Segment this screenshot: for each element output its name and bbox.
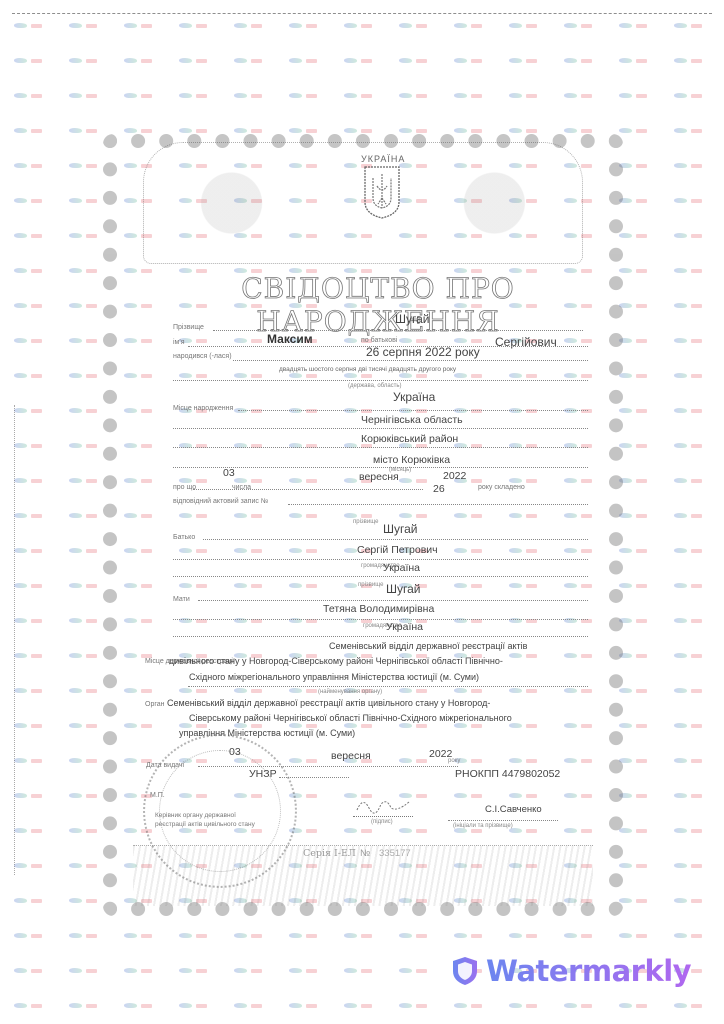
issue-month: вересня (331, 750, 371, 762)
place-district: Корюківський район (361, 433, 458, 445)
rnokpp: РНОКПП 4479802052 (455, 768, 560, 780)
father-citizenship: Україна (383, 562, 420, 574)
watermark-brand-text: Watermarkly (486, 954, 691, 988)
scan-left-edge (14, 405, 16, 875)
mother-citizenship: Україна (386, 621, 423, 633)
document-title: СВІДОЦТВО ПРО НАРОДЖЕННЯ (198, 272, 558, 338)
series-label: Серія I-ЕЛ (303, 848, 356, 859)
label-place: Місце народження (173, 405, 233, 412)
serial-number: 335177 (379, 848, 411, 859)
issue-day: 03 (229, 746, 241, 758)
underline (173, 447, 588, 448)
signature (353, 792, 413, 817)
stamp-text: М.П. (150, 792, 165, 799)
underline (198, 600, 588, 601)
underline (173, 576, 588, 577)
father-full-name: Сергій Петрович (357, 544, 438, 556)
label-father: Батько (173, 534, 195, 541)
shield-icon (452, 956, 478, 986)
place-country: Україна (393, 390, 435, 404)
caption-month: (місяць) (389, 467, 411, 473)
number-label: № (360, 848, 370, 859)
mother-surname: Шугай (386, 582, 421, 596)
underline (173, 619, 588, 620)
caption-mother-surname: прізвище (358, 582, 383, 588)
official-name: С.І.Савченко (485, 804, 542, 815)
coat-of-arms-icon (362, 164, 402, 220)
caption-signature: (підпис) (371, 819, 393, 825)
mother-full-name: Тетяна Володимирівна (323, 603, 434, 615)
underline (288, 504, 588, 505)
country-header: УКРАЇНА (361, 154, 405, 164)
record-day: 03 (223, 467, 235, 479)
record-year: 2022 (443, 470, 466, 482)
registration-place-line3: Східного міжрегіонального управління Мін… (189, 672, 479, 682)
registration-place-line2: цивільного стану у Новгород-Сіверському … (169, 656, 503, 666)
underline (193, 489, 423, 490)
place-city: місто Корюківка (373, 454, 450, 466)
scan-top-edge (12, 13, 712, 16)
underline (173, 636, 588, 637)
label-issue-date: Дата видачі (146, 762, 184, 769)
underline (188, 686, 588, 687)
underline (448, 820, 558, 821)
label-patronymic: по батькові (361, 337, 397, 344)
underline (173, 428, 588, 429)
underline (198, 766, 458, 767)
underline (173, 559, 588, 560)
registration-place-line1: Семенівський відділ державної реєстрації… (329, 641, 527, 651)
official-stamp (143, 734, 297, 888)
label-year: року складено (478, 484, 525, 491)
caption-registration: (найменування органу) (318, 689, 382, 695)
label-name: ім'я (173, 339, 185, 346)
issuing-body-line2: Сіверському районі Чернігівської області… (189, 713, 512, 723)
record-number: 26 (433, 483, 445, 495)
official-title-line1: Керівник органу державної (155, 812, 236, 819)
unzr-label: УНЗР (249, 768, 277, 780)
label-surname: Прізвище (173, 324, 204, 331)
label-birth: народився (-лася) (173, 353, 232, 360)
birth-date-words: двадцять шостого серпня дві тисячі двадц… (279, 366, 456, 373)
caption-country: (держава, область) (348, 383, 402, 389)
underline (238, 410, 588, 411)
caption-father-surname: прізвище (353, 519, 378, 525)
label-issuing-body: Орган (145, 701, 165, 708)
birth-certificate: УКРАЇНА СВІДОЦТВО ПРО НАРОДЖЕННЯ Прізвищ… (103, 134, 623, 916)
label-mother: Мати (173, 596, 190, 603)
issuing-body-line1: Семенівський відділ державної реєстрації… (167, 698, 490, 708)
underline (213, 330, 583, 331)
underline (203, 539, 588, 540)
child-name: Максим (267, 332, 313, 346)
official-title-line2: реєстрації актів цивільного стану (155, 821, 255, 828)
underline (173, 467, 588, 468)
label-record-number: відповідний актовий запис № (173, 498, 268, 505)
place-region: Чернігівська область (361, 414, 463, 426)
unzr-value-line (279, 777, 349, 778)
child-surname: Шугай (395, 312, 430, 326)
caption-official-name: (ініціали та прізвище) (453, 823, 513, 829)
watermark-brand: Watermarkly (452, 954, 691, 988)
underline (233, 360, 588, 361)
caption-year: року (448, 758, 460, 764)
child-birth-date: 26 серпня 2022 року (366, 345, 480, 359)
underline (173, 380, 588, 381)
father-surname: Шугай (383, 522, 418, 536)
